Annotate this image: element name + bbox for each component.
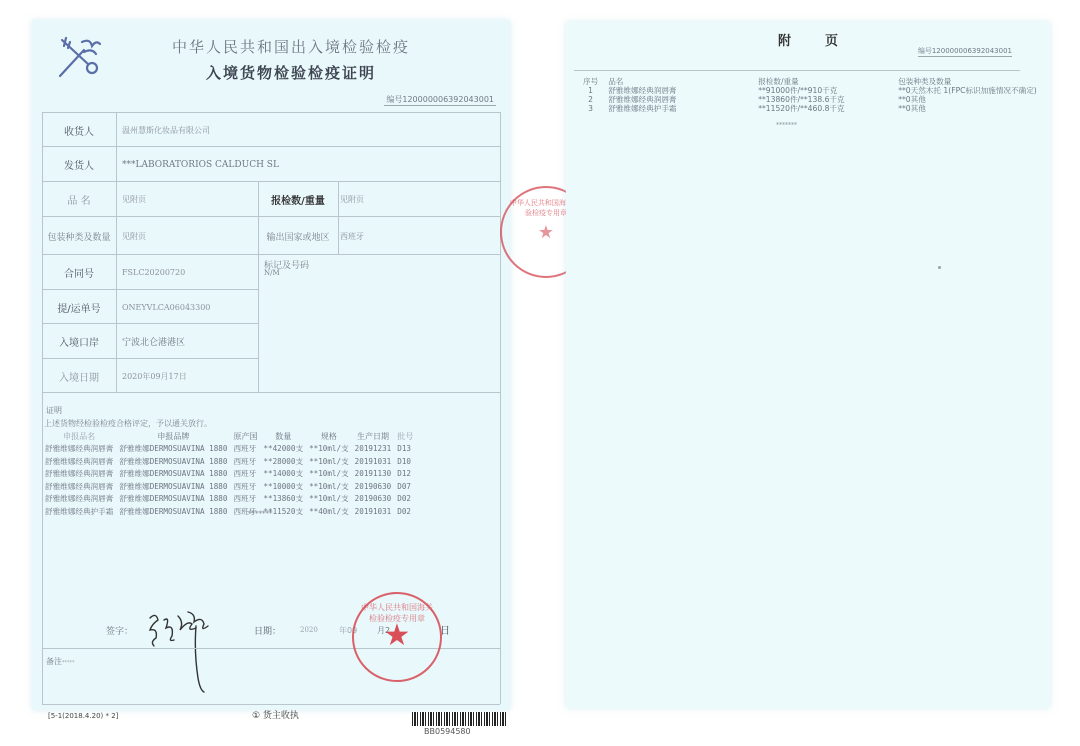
row-consignee: 收货人 温州慧斯化妆品有限公司 bbox=[42, 112, 500, 147]
goods-cell: 20191130 bbox=[352, 468, 395, 481]
goods-cell: **10ml/支 bbox=[306, 480, 352, 493]
goods-cell: **10ml/支 bbox=[306, 443, 352, 456]
grid-border-bottom bbox=[42, 704, 500, 705]
col-batch: 批号 bbox=[394, 430, 416, 443]
col-product-name: 申报品名 bbox=[42, 430, 116, 443]
goods-cell: 舒雅维娜DERMOSUAVINA 1880 bbox=[116, 468, 230, 481]
annex-rule bbox=[574, 70, 1020, 71]
annex-cell: **11520件/**460.8千克 bbox=[753, 104, 893, 113]
row-consignor: 发货人 ***LABORATORIOS CALDUCH SL bbox=[42, 146, 500, 182]
quantity-value: 见附页 bbox=[338, 182, 490, 217]
inspection-certificate: 中华人民共和国出入境检验检疫 入境货物检验检疫证明 编号120000006392… bbox=[32, 20, 510, 710]
annex-table-row: 2舒雅维娜经典润唇膏**13860件/**138.6千克**0其他 bbox=[578, 95, 1043, 104]
annex-cell: 1 bbox=[578, 86, 603, 95]
speck bbox=[938, 266, 941, 269]
origin-label: 输出国家或地区 bbox=[258, 217, 338, 255]
goods-cell: D07 bbox=[394, 480, 416, 493]
goods-cell: D10 bbox=[394, 455, 416, 468]
product-value: 见附页 bbox=[116, 182, 264, 217]
col-spec: 规格 bbox=[306, 430, 352, 443]
consignor-value: ***LABORATORIOS CALDUCH SL bbox=[116, 147, 500, 182]
goods-cell: 20190630 bbox=[352, 480, 395, 493]
grid-vline-2 bbox=[258, 181, 259, 392]
row-product: 品 名 见附页 报检数/重量 见附页 bbox=[42, 181, 500, 217]
col-production-date: 生产日期 bbox=[352, 430, 395, 443]
serial-number: 120000006392043001 bbox=[402, 95, 494, 104]
goods-cell: **10ml/支 bbox=[306, 493, 352, 506]
annex-page: 附页 编号120000006392043001 序号 品名 报检数/重量 包装种… bbox=[566, 22, 1050, 708]
annex-serial-label: 编号 bbox=[918, 47, 932, 55]
annex-table: 序号 品名 报检数/重量 包装种类及数量 1舒雅维娜经典润唇膏**91000件/… bbox=[578, 77, 1043, 113]
goods-cell: 舒雅维娜经典润唇膏 bbox=[42, 493, 116, 506]
goods-table-row: 舒雅维娜经典润唇膏舒雅维娜DERMOSUAVINA 1880西班牙**14000… bbox=[42, 468, 416, 481]
grid-vline-3 bbox=[338, 181, 339, 254]
col-origin: 原产国 bbox=[230, 430, 260, 443]
bill-label: 提/运单号 bbox=[42, 290, 116, 324]
grid-vline-1 bbox=[116, 112, 117, 392]
annex-col-name: 品名 bbox=[603, 77, 753, 86]
certificate-serial: 编号120000006392043001 bbox=[384, 94, 496, 106]
annex-serial: 编号120000006392043001 bbox=[918, 46, 1012, 57]
annex-cell: 2 bbox=[578, 95, 603, 104]
packaging-label: 包装种类及数量 bbox=[42, 217, 116, 255]
goods-cell: 舒雅维娜经典润唇膏 bbox=[42, 468, 116, 481]
goods-cell: 舒雅维娜经典润唇膏 bbox=[42, 455, 116, 468]
row-bill: 提/运单号 ONEYVLCA06043300 bbox=[42, 289, 258, 324]
barcode bbox=[412, 712, 506, 726]
goods-table-row: 舒雅维娜经典润唇膏舒雅维娜DERMOSUAVINA 1880西班牙**10000… bbox=[42, 480, 416, 493]
certification-label: 证明 bbox=[46, 405, 62, 416]
certificate-title: 入境货物检验检疫证明 bbox=[32, 62, 510, 83]
goods-cell: 舒雅维娜DERMOSUAVINA 1880 bbox=[116, 455, 230, 468]
goods-table-row: 舒雅维娜经典润唇膏舒雅维娜DERMOSUAVINA 1880西班牙**28000… bbox=[42, 455, 416, 468]
annex-cell: 舒雅维娜经典润唇膏 bbox=[603, 86, 753, 95]
annex-end-marker: ******* bbox=[776, 122, 797, 129]
remarks-value: ***** bbox=[62, 660, 75, 666]
goods-cell: **10ml/支 bbox=[306, 455, 352, 468]
goods-table-row: 舒雅维娜经典护手霜舒雅维娜DERMOSUAVINA 1880西班牙**11520… bbox=[42, 505, 416, 518]
goods-cell: D02 bbox=[394, 493, 416, 506]
port-value: 宁波北仑港港区 bbox=[116, 324, 264, 359]
consignor-label: 发货人 bbox=[42, 147, 116, 182]
goods-cell: **42000支 bbox=[260, 443, 306, 456]
row-packaging: 包装种类及数量 见附页 输出国家或地区 西班牙 bbox=[42, 216, 500, 255]
goods-cell: **13860支 bbox=[260, 493, 306, 506]
row-entry-date: 入境日期 2020年09月17日 bbox=[42, 358, 258, 393]
goods-cell: 舒雅维娜经典护手霜 bbox=[42, 505, 116, 518]
goods-cell: D12 bbox=[394, 468, 416, 481]
entry-date-value: 2020年09月17日 bbox=[116, 359, 264, 393]
goods-cell: 西班牙 bbox=[230, 468, 260, 481]
annex-cell: **0天然木托 1(FPC标识加施情况不确定) bbox=[893, 86, 1043, 95]
issue-date-label: 日期： bbox=[254, 624, 281, 637]
quantity-label: 报检数/重量 bbox=[258, 182, 338, 217]
remarks-label: 备注 bbox=[46, 657, 62, 666]
goods-cell: 20191231 bbox=[352, 443, 395, 456]
goods-cell: 舒雅维娜DERMOSUAVINA 1880 bbox=[116, 505, 230, 518]
packaging-value: 见附页 bbox=[116, 217, 264, 255]
goods-cell: 西班牙 bbox=[230, 443, 260, 456]
copy-note: ① 货主收执 bbox=[252, 708, 299, 721]
col-brand: 申报品牌 bbox=[116, 430, 230, 443]
barcode-number: BB0594580 bbox=[424, 727, 471, 736]
goods-table-row: 舒雅维娜经典润唇膏舒雅维娜DERMOSUAVINA 1880西班牙**13860… bbox=[42, 493, 416, 506]
annex-table-row: 3舒雅维娜经典护手霜**11520件/**460.8千克**0其他 bbox=[578, 104, 1043, 113]
goods-cell: 舒雅维娜经典润唇膏 bbox=[42, 480, 116, 493]
goods-table-row: 舒雅维娜经典润唇膏舒雅维娜DERMOSUAVINA 1880西班牙**42000… bbox=[42, 443, 416, 456]
goods-cell: 西班牙 bbox=[230, 493, 260, 506]
annex-table-header: 序号 品名 报检数/重量 包装种类及数量 bbox=[578, 77, 1043, 86]
consignee-value: 温州慧斯化妆品有限公司 bbox=[116, 113, 500, 147]
annex-cell: 舒雅维娜经典护手霜 bbox=[603, 104, 753, 113]
product-label: 品 名 bbox=[42, 182, 116, 217]
issue-date-year: 2020 bbox=[300, 626, 318, 634]
goods-table: 申报品名 申报品牌 原产国 数量 规格 生产日期 批号 舒雅维娜经典润唇膏舒雅维… bbox=[42, 430, 416, 518]
signature-scribble bbox=[144, 606, 224, 696]
goods-cell: 20191031 bbox=[352, 505, 395, 518]
annex-serial-number: 120000006392043001 bbox=[932, 47, 1012, 55]
row-port: 入境口岸 宁波北仑港港区 bbox=[42, 323, 258, 359]
annex-col-seq: 序号 bbox=[578, 77, 603, 86]
annex-col-qty: 报检数/重量 bbox=[753, 77, 893, 86]
serial-label: 编号 bbox=[386, 95, 402, 104]
goods-cell: **40ml/支 bbox=[306, 505, 352, 518]
annex-col-pkg: 包装种类及数量 bbox=[893, 77, 1043, 86]
goods-cell: 20191031 bbox=[352, 455, 395, 468]
port-label: 入境口岸 bbox=[42, 324, 116, 359]
goods-cell: 舒雅维娜DERMOSUAVINA 1880 bbox=[116, 480, 230, 493]
annex-cell: **0其他 bbox=[893, 104, 1043, 113]
goods-cell: **10ml/支 bbox=[306, 468, 352, 481]
star-icon: ★ bbox=[354, 618, 440, 653]
goods-cell: D02 bbox=[394, 505, 416, 518]
goods-cell: 舒雅维娜经典润唇膏 bbox=[42, 443, 116, 456]
consignee-label: 收货人 bbox=[42, 113, 116, 147]
goods-cell: **28000支 bbox=[260, 455, 306, 468]
official-seal-bottom: 中华人民共和国海关 检验检疫专用章 ★ bbox=[352, 592, 442, 682]
goods-cell: D13 bbox=[394, 443, 416, 456]
row-separator bbox=[42, 392, 500, 393]
signature-label: 签字： bbox=[106, 624, 133, 637]
marks-value: N/M bbox=[264, 269, 280, 277]
bill-value: ONEYVLCA06043300 bbox=[116, 290, 264, 324]
entry-date-label: 入境日期 bbox=[42, 359, 116, 393]
goods-cell: 舒雅维娜DERMOSUAVINA 1880 bbox=[116, 493, 230, 506]
goods-cell: 西班牙 bbox=[230, 480, 260, 493]
goods-table-header: 申报品名 申报品牌 原产国 数量 规格 生产日期 批号 bbox=[42, 430, 416, 443]
goods-end-marker: ******* bbox=[248, 510, 273, 518]
goods-cell: 20190630 bbox=[352, 493, 395, 506]
contract-label: 合同号 bbox=[42, 255, 116, 290]
certificate-issuer: 中华人民共和国出入境检验检疫 bbox=[32, 36, 510, 57]
goods-cell: **10000支 bbox=[260, 480, 306, 493]
goods-cell: **14000支 bbox=[260, 468, 306, 481]
annex-cell: **13860件/**138.6千克 bbox=[753, 95, 893, 104]
annex-cell: 舒雅维娜经典润唇膏 bbox=[603, 95, 753, 104]
annex-table-row: 1舒雅维娜经典润唇膏**91000件/**910千克**0天然木托 1(FPC标… bbox=[578, 86, 1043, 95]
origin-value: 西班牙 bbox=[338, 217, 490, 255]
remarks: 备注***** bbox=[46, 656, 75, 667]
form-code: [5-1(2018.4.20) * 2] bbox=[48, 712, 118, 720]
certification-text: 上述货物经检验检疫合格评定，予以通关放行。 bbox=[44, 418, 212, 429]
goods-cell: 舒雅维娜DERMOSUAVINA 1880 bbox=[116, 443, 230, 456]
annex-cell: **0其他 bbox=[893, 95, 1043, 104]
annex-cell: **91000件/**910千克 bbox=[753, 86, 893, 95]
grid-border-right bbox=[500, 112, 501, 704]
contract-value: FSLC20200720 bbox=[116, 255, 264, 290]
col-quantity: 数量 bbox=[260, 430, 306, 443]
goods-cell: 西班牙 bbox=[230, 455, 260, 468]
annex-cell: 3 bbox=[578, 104, 603, 113]
